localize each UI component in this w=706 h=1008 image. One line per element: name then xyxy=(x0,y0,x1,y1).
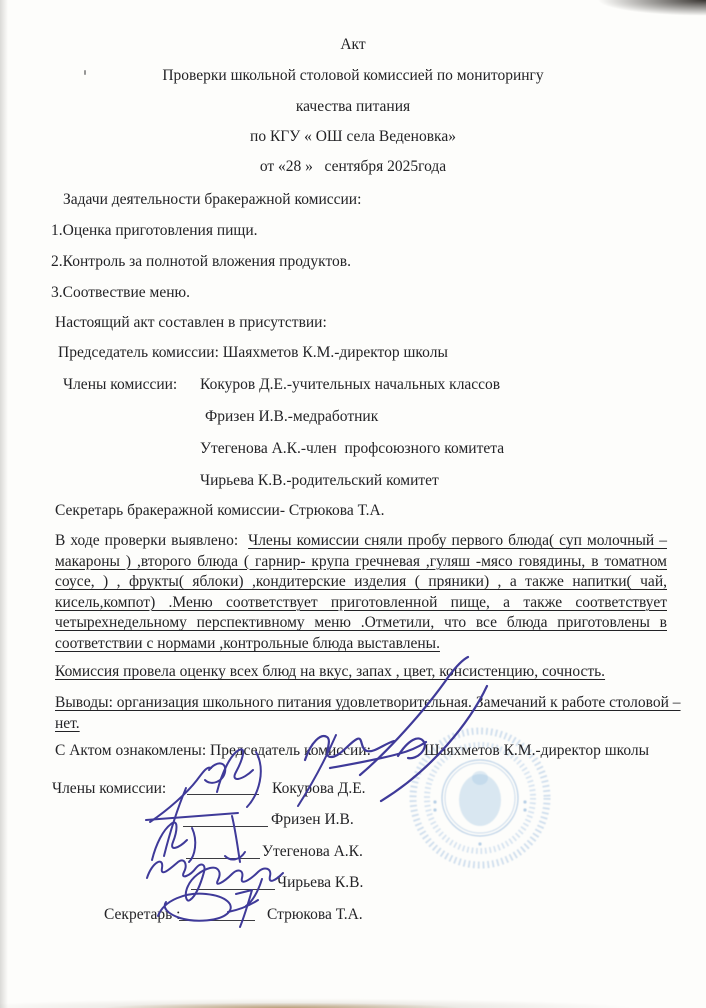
task-item-2: 2.Контроль за полнотой вложения продукто… xyxy=(51,251,351,272)
member-4: Чирьева К.В.-родительский комитет xyxy=(200,470,439,491)
task-item-3: 3.Соотвествие меню. xyxy=(51,282,190,303)
member-3: Утегенова А.К.-член профсоюзного комитет… xyxy=(200,438,504,459)
doc-subtitle-2: качества питания xyxy=(0,96,706,117)
evaluation-line: Комиссия провела оценку всех блюд на вку… xyxy=(55,661,605,682)
findings-paragraph: В ходе проверки выявлено:Члены комиссии … xyxy=(55,531,667,655)
scanned-act-document: Акт Проверки школьной столовой комиссией… xyxy=(0,0,706,1008)
presence-intro: Настоящий акт составлен в присутствии: xyxy=(55,312,327,333)
chairman-line: Председатель комиссии: Шаяхметов К.М.-ди… xyxy=(58,342,448,363)
signature-line xyxy=(187,778,259,795)
sig-name-frizen: Фризен И.В. xyxy=(271,809,354,830)
sig-name-stryukova: Стрюкова Т.А. xyxy=(267,904,363,925)
doc-organization: по КГУ « ОШ села Веденовка» xyxy=(0,126,706,147)
secretary-line: Секретарь бракеражной комиссии- Стрюкова… xyxy=(55,500,385,521)
signature-line xyxy=(191,873,275,890)
scan-edge-left xyxy=(0,0,8,1008)
member-1: Кокуров Д.Е.-учительных начальных классо… xyxy=(200,374,500,395)
member-2: Фризен И.В.-медработник xyxy=(205,406,378,427)
ack-suffix: Шаяхметов К.М.-директор школы xyxy=(424,740,649,761)
sig-name-utegenova: Утегенова А.К. xyxy=(262,841,363,862)
scan-smudge-top-right xyxy=(536,0,706,26)
doc-title: Акт xyxy=(0,34,706,55)
findings-label: В ходе проверки выявлено: xyxy=(55,532,248,549)
doc-date-line: от «28 » сентября 2025года xyxy=(0,156,706,177)
task-item-1: 1.Оценка приготовления пищи. xyxy=(51,220,258,241)
sig-name-chiryeva: Чирьева К.В. xyxy=(277,872,363,893)
conclusions-line-1: Выводы: организация школьного питания уд… xyxy=(55,692,681,713)
sig-name-kokurova: Кокурова Д.Е. xyxy=(272,778,366,799)
signature-line xyxy=(183,810,268,827)
findings-text: Члены комиссии сняли пробу первого блюда… xyxy=(55,532,667,652)
members-label: Члены комиссии: xyxy=(63,374,177,395)
tasks-heading: Задачи деятельности бракеражной комиссии… xyxy=(63,189,361,210)
sig-secretary-label: Секретарь : xyxy=(104,904,180,925)
ack-prefix: С Актом ознакомлены: Председатель комисс… xyxy=(55,740,371,761)
signature-line xyxy=(186,842,260,859)
scan-speck xyxy=(84,70,86,75)
sig-members-label: Члены комиссии: xyxy=(52,778,166,799)
doc-subtitle-1: Проверки школьной столовой комиссией по … xyxy=(0,65,706,86)
conclusions-line-2: нет. xyxy=(55,713,80,734)
signature-line xyxy=(179,904,255,921)
scan-edge-bottom xyxy=(0,994,706,1008)
